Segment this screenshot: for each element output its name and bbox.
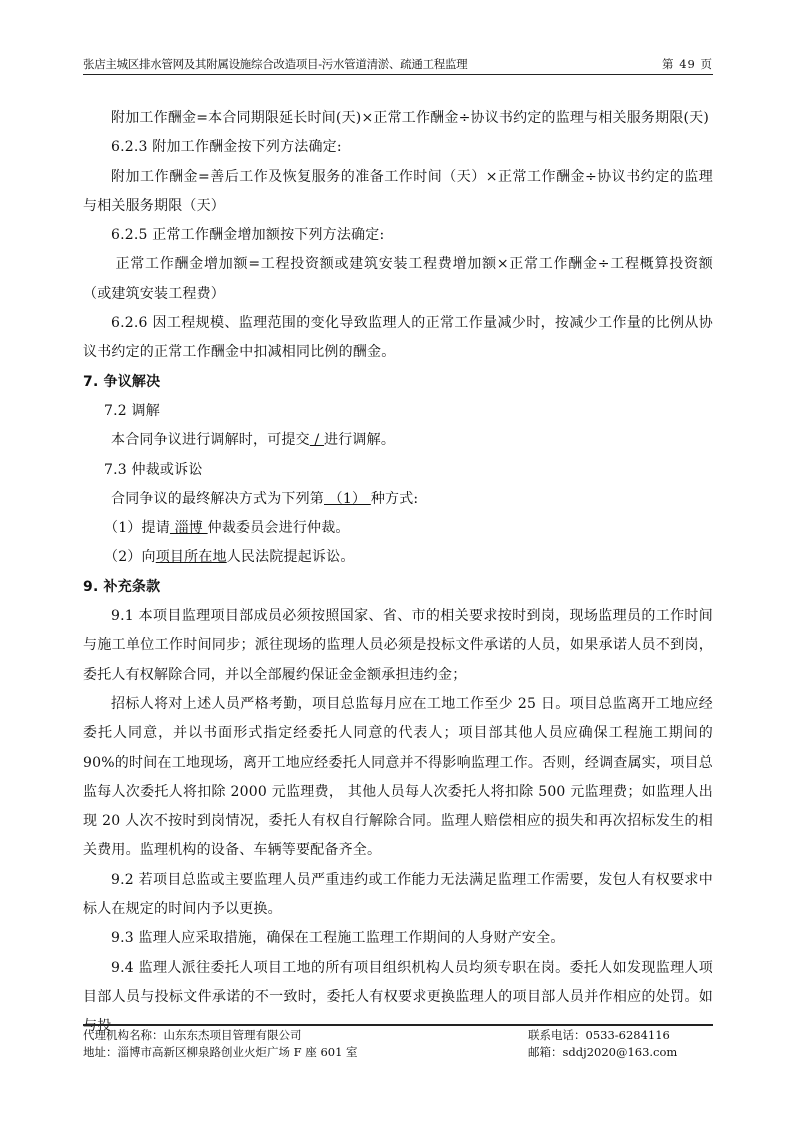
agency-name: 代理机构名称：山东东杰项目管理有限公司 — [83, 1027, 302, 1044]
formula-text: 正常工作酬金增加额=工程投资额或建筑安装工程费增加额×正常工作酬金÷工程概算投资… — [83, 256, 713, 301]
resolution-method-blank: （1） — [324, 491, 371, 507]
footer-row-1: 代理机构名称：山东东杰项目管理有限公司 联系电话：0533-6284116 — [83, 1027, 713, 1044]
clause-9-1: 9.1 本项目监理项目部成员必须按照国家、省、市的相关要求按时到岗，现场监理员的… — [83, 602, 713, 690]
clause-6-2-5: 6.2.5 正常工作酬金增加额按下列方法确定: — [83, 221, 713, 250]
clause-9-2: 9.2 若项目总监或主要监理人员严重违约或工作能力无法满足监理工作需要，发包人有… — [83, 866, 713, 925]
paragraph-normal-fee-increase-formula: 正常工作酬金增加额=工程投资额或建筑安装工程费增加额×正常工作酬金÷工程概算投资… — [83, 250, 713, 309]
clause-9-1-attendance: 招标人将对上述人员严格考勤，项目总监每月应在工地工作至少 25 日。项目总监离开… — [83, 690, 713, 866]
clause-7-3-text: 合同争议的最终解决方式为下列第 （1） 种方式: — [83, 485, 713, 514]
section-9-heading: 9. 补充条款 — [83, 573, 713, 602]
mediation-blank: / — [310, 432, 324, 448]
court-location-blank: 项目所在地 — [156, 549, 227, 565]
clause-9-3: 9.3 监理人应采取措施，确保在工程施工监理工作期间的人身财产安全。 — [83, 924, 713, 953]
option-litigation: （2）向项目所在地人民法院提起诉讼。 — [83, 543, 713, 572]
section-7-heading: 7. 争议解决 — [83, 368, 713, 397]
clause-6-2-6: 6.2.6 因工程规模、监理范围的变化导致监理人的正常工作量减少时，按减少工作量… — [83, 309, 713, 368]
document-body: 附加工作酬金=本合同期限延长时间(天)×正常工作酬金÷协议书约定的监理与相关服务… — [83, 104, 713, 1042]
paragraph-additional-fee-formula-1: 附加工作酬金=本合同期限延长时间(天)×正常工作酬金÷协议书约定的监理与相关服务… — [83, 104, 713, 133]
paragraph-additional-fee-formula-2: 附加工作酬金=善后工作及恢复服务的准备工作时间（天）×正常工作酬金÷协议书约定的… — [83, 163, 713, 222]
option-arbitration: （1）提请 淄博 仲裁委员会进行仲裁。 — [83, 514, 713, 543]
agency-address: 地址：淄博市高新区柳泉路创业火炬广场 F 座 601 室 — [83, 1044, 358, 1061]
clause-7-2-text: 本合同争议进行调解时，可提交 / 进行调解。 — [83, 426, 713, 455]
clause-7-3-title: 7.3 仲裁或诉讼 — [83, 456, 713, 485]
page-header: 张店主城区排水管网及其附属设施综合改造项目-污水管道清淤、疏通工程监理 第 49… — [83, 56, 713, 75]
page-footer: 代理机构名称：山东东杰项目管理有限公司 联系电话：0533-6284116 地址… — [83, 1024, 713, 1061]
arbitration-city-blank: 淄博 — [170, 520, 208, 536]
page-number: 第 49 页 — [662, 56, 713, 72]
clause-7-2-title: 7.2 调解 — [83, 397, 713, 426]
contact-phone: 联系电话：0533-6284116 — [528, 1027, 670, 1044]
clause-6-2-3: 6.2.3 附加工作酬金按下列方法确定: — [83, 133, 713, 162]
footer-row-2: 地址：淄博市高新区柳泉路创业火炬广场 F 座 601 室 邮箱：sddj2020… — [83, 1044, 713, 1061]
document-title: 张店主城区排水管网及其附属设施综合改造项目-污水管道清淤、疏通工程监理 — [83, 56, 467, 72]
contact-email: 邮箱：sddj2020@163.com — [528, 1044, 677, 1061]
